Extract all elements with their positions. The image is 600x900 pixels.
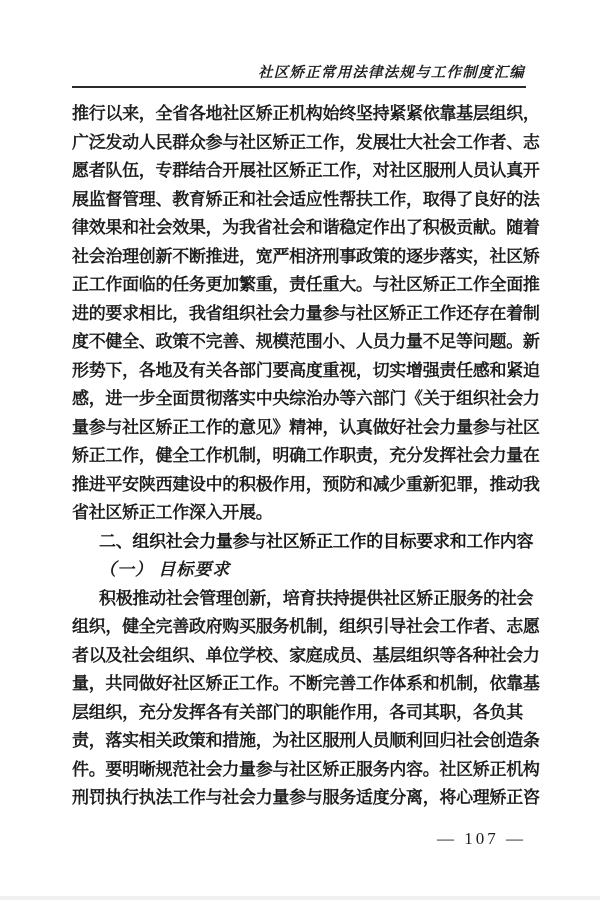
body-line: 感，进一步全面贯彻落实中央综治办等六部门《关于组织社会力 — [72, 385, 542, 414]
body-line: 者以及社会组织、单位学校、家庭成员、基层组织等各种社会力 — [72, 642, 542, 671]
page-footer: — 107 — — [437, 829, 526, 849]
section-heading: 二、组织社会力量参与社区矫正工作的目标要求和工作内容 — [72, 528, 542, 557]
body-line: 正工作面临的任务更加繁重，责任重大。与社区矫正工作全面推 — [72, 271, 542, 300]
body-line: 责，落实相关政策和措施，为社区服刑人员顺利回归社会创造条 — [72, 727, 542, 756]
document-page: 社区矫正常用法律法规与工作制度汇编 推行以来，全省各地社区矫正机构始终坚持紧紧依… — [0, 0, 600, 900]
body-line: 愿者队伍，专群结合开展社区矫正工作，对社区服刑人员认真开 — [72, 157, 542, 186]
page-number: — 107 — — [437, 829, 526, 848]
running-header: 社区矫正常用法律法规与工作制度汇编 — [258, 61, 525, 82]
body-line: 推进平安陕西建设中的积极作用，预防和减少重新犯罪，推动我 — [72, 471, 542, 500]
body-line: 组织，健全完善政府购买服务机制，组织引导社会工作者、志愿 — [72, 613, 542, 642]
body-line: 广泛发动人民群众参与社区矫正工作，发展壮大社会工作者、志 — [72, 129, 542, 158]
header-title: 社区矫正常用法律法规与工作制度汇编 — [258, 65, 525, 81]
scan-edge — [0, 896, 600, 900]
body-line: 社会治理创新不断推进，宽严相济刑事政策的逐步落实，社区矫 — [72, 243, 542, 272]
body-line: 刑罚执行执法工作与社会力量参与服务适度分离，将心理矫正咨 — [72, 784, 542, 813]
body-line: 度不健全、政策不完善、规模范围小、人员力量不足等问题。新 — [72, 328, 542, 357]
body-line: 推行以来，全省各地社区矫正机构始终坚持紧紧依靠基层组织， — [72, 100, 542, 129]
body-line: 省社区矫正工作深入开展。 — [72, 499, 542, 528]
body-line: 矫正工作，健全工作机制，明确工作职责，充分发挥社会力量在 — [72, 442, 542, 471]
body-line: 量参与社区矫正工作的意见》精神，认真做好社会力量参与社区 — [72, 414, 542, 443]
body-line: 律效果和社会效果，为我省社会和谐稳定作出了积极贡献。随着 — [72, 214, 542, 243]
body-line: 形势下，各地及有关各部门要高度重视，切实增强责任感和紧迫 — [72, 357, 542, 386]
body-line: 进的要求相比，我省组织社会力量参与社区矫正工作还存在着制 — [72, 300, 542, 329]
body-line: 层组织，充分发挥各有关部门的职能作用，各司其职，各负其 — [72, 699, 542, 728]
header-rule — [72, 86, 526, 88]
body-line: 积极推动社会管理创新，培育扶持提供社区矫正服务的社会 — [72, 585, 542, 614]
body-line: 展监督管理、教育矫正和社会适应性帮扶工作，取得了良好的法 — [72, 186, 542, 215]
body-line: 件。要明晰规范社会力量参与社区矫正服务内容。社区矫正机构 — [72, 756, 542, 785]
page-body: 推行以来，全省各地社区矫正机构始终坚持紧紧依靠基层组织， 广泛发动人民群众参与社… — [72, 100, 542, 813]
subsection-heading: （一） 目标要求 — [72, 556, 542, 585]
body-line: 量，共同做好社区矫正工作。不断完善工作体系和机制，依靠基 — [72, 670, 542, 699]
